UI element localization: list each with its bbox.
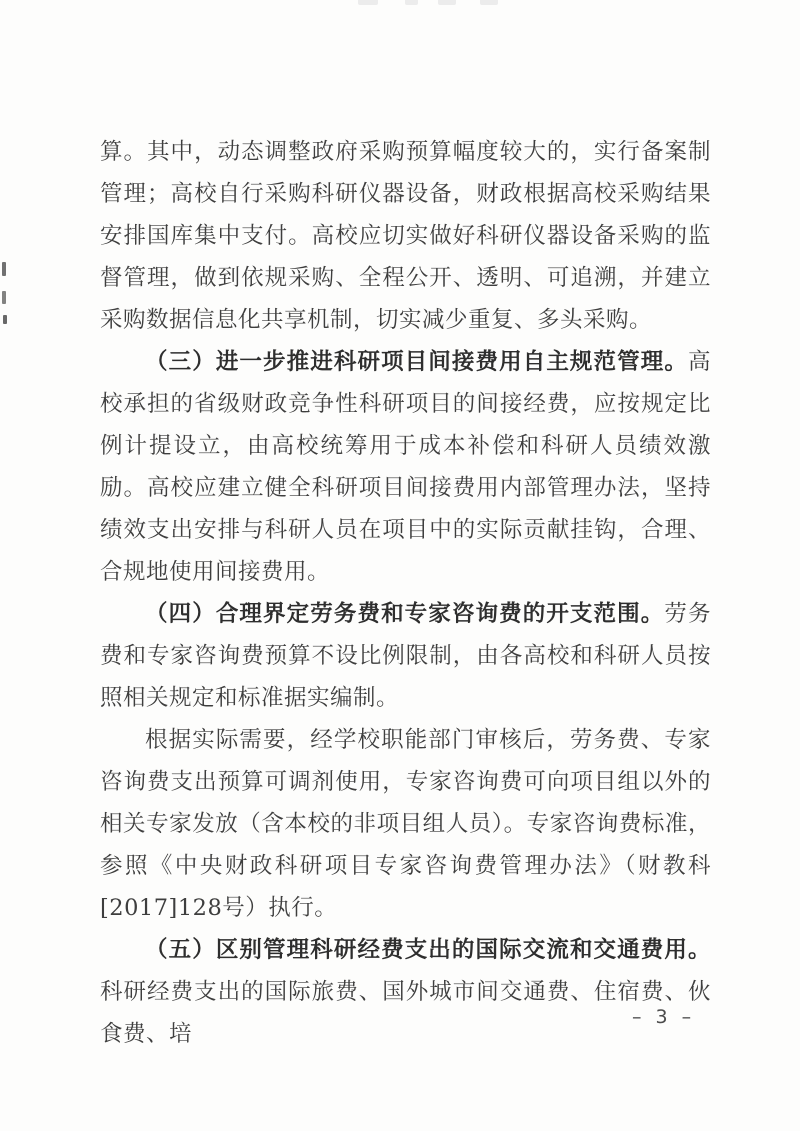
document-page: 算。其中，动态调整政府采购预算幅度较大的，实行备案制管理；高校自行采购科研仪器设… xyxy=(0,0,800,1131)
paragraph: 根据实际需要，经学校职能部门审核后，劳务费、专家咨询费支出预算可调剂使用，专家咨… xyxy=(100,719,711,929)
paragraph-text: 算。其中，动态调整政府采购预算幅度较大的，实行备案制管理；高校自行采购科研仪器设… xyxy=(100,139,711,333)
paragraph-heading: （三）进一步推进科研项目间接费用自主规范管理。 xyxy=(145,349,688,375)
scan-edge-artifact xyxy=(358,0,378,5)
paragraph: （三）进一步推进科研项目间接费用自主规范管理。高校承担的省级财政竞争性科研项目的… xyxy=(100,341,711,593)
paragraph: （五）区别管理科研经费支出的国际交流和交通费用。科研经费支出的国际旅费、国外城市… xyxy=(100,929,711,1055)
scan-artifact xyxy=(2,291,6,304)
scan-artifact xyxy=(3,315,7,324)
scan-edge-artifact xyxy=(480,0,498,5)
scan-edge-artifact xyxy=(438,0,456,5)
document-body: 算。其中，动态调整政府采购预算幅度较大的，实行备案制管理；高校自行采购科研仪器设… xyxy=(100,131,711,1055)
paragraph-heading: （四）合理界定劳务费和专家咨询费的开支范围。 xyxy=(145,601,664,627)
scan-edge-artifact xyxy=(405,0,418,5)
scan-artifact xyxy=(2,262,6,276)
paragraph: 算。其中，动态调整政府采购预算幅度较大的，实行备案制管理；高校自行采购科研仪器设… xyxy=(100,131,711,341)
paragraph-text: 科研经费支出的国际旅费、国外城市间交通费、住宿费、伙食费、培 xyxy=(100,979,711,1047)
paragraph: （四）合理界定劳务费和专家咨询费的开支范围。劳务费和专家咨询费预算不设比例限制，… xyxy=(100,593,711,719)
paragraph-text: 根据实际需要，经学校职能部门审核后，劳务费、专家咨询费支出预算可调剂使用，专家咨… xyxy=(100,727,711,921)
page-number: – 3 – xyxy=(632,1006,695,1028)
paragraph-text: 高校承担的省级财政竞争性科研项目的间接经费，应按规定比例计提设立，由高校统筹用于… xyxy=(100,349,711,585)
paragraph-heading: （五）区别管理科研经费支出的国际交流和交通费用。 xyxy=(145,937,711,963)
